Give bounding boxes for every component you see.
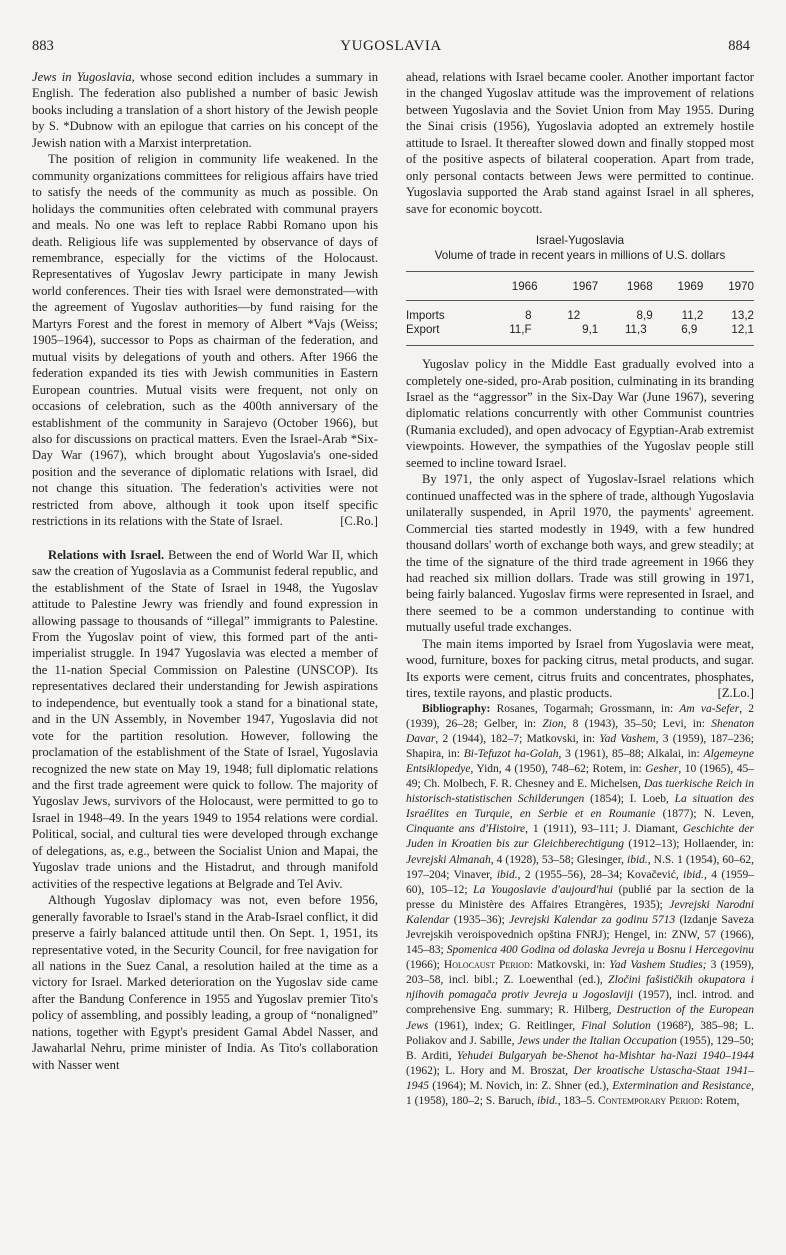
cited-title: ibid. <box>537 1095 558 1107</box>
table-subtitle: Volume of trade in recent years in milli… <box>406 249 754 264</box>
column-header: 1969 <box>653 272 704 301</box>
cited-title: Yad Vashem Studies; <box>609 959 706 971</box>
row-label: Imports <box>406 301 482 324</box>
bibliography: Bibliography: Rosanes, Togarmah; Grossma… <box>406 702 754 1110</box>
citation-text: , 2 (1944), 182–7; Matkovski, in: <box>435 733 599 745</box>
bibliography-heading: Bibliography: <box>422 703 490 715</box>
left-column: Jews in Yugoslavia, whose second edition… <box>32 69 378 1073</box>
table-cell: 11,F <box>482 323 538 346</box>
cited-title: Jews under the Italian Occupation <box>517 1035 676 1047</box>
citation-text: , 3 (1961), 85–88; Alkalai, in: <box>558 748 703 760</box>
citation-text: , 1 (1911), 93–111; J. Diamant, <box>525 823 683 835</box>
table-row: Imports 8 12 8,9 11,2 13,2 <box>406 301 754 324</box>
running-title: YUGOSLAVIA <box>32 38 750 55</box>
citation-text: , 183–5. <box>558 1095 598 1107</box>
citation-text: , 2 (1955–56), 28–34; Kovačević, <box>518 869 684 881</box>
table-cell: 12,1 <box>703 323 754 346</box>
page-number-right: 884 <box>728 38 750 55</box>
trade-table: 1966 1967 1968 1969 1970 Imports 8 12 8,… <box>406 271 754 346</box>
period-heading: Contemporary Period <box>598 1095 700 1107</box>
citation-text: (1961), index; G. Reitlinger, <box>428 1020 581 1032</box>
cited-title: ibid. <box>683 869 704 881</box>
citation-text: (1854); I. Loeb, <box>584 793 674 805</box>
paragraph: Yugoslav policy in the Middle East gradu… <box>406 356 754 471</box>
cited-title: La Yougoslavie d'aujourd'hui <box>473 884 613 896</box>
cited-title: Am va-Sefer <box>679 703 739 715</box>
right-column: ahead, relations with Israel became cool… <box>406 69 754 1109</box>
citation-text: (1966); <box>406 959 444 971</box>
cited-title: Jevrejski Almanah <box>406 854 491 866</box>
section-gap <box>32 530 378 547</box>
citation-text: : Matkovski, in: <box>530 959 610 971</box>
cited-title: ibid. <box>627 854 648 866</box>
table-cell: 11,2 <box>653 301 704 324</box>
cited-title: Gesher <box>645 763 678 775</box>
section-heading: Relations with Israel. <box>48 548 164 562</box>
column-header: 1967 <box>538 272 599 301</box>
author-signature: [Z.Lo.] <box>702 685 754 701</box>
book-title: Jews in Yugoslavia, <box>32 70 135 84</box>
citation-text: , Yidn, 4 (1950), 748–62; Rotem, in: <box>471 763 646 775</box>
table-cell: 11,3 <box>598 323 652 346</box>
paragraph: By 1971, the only aspect of Yugoslav-Isr… <box>406 471 754 636</box>
author-signature: [C.Ro.] <box>324 513 378 529</box>
citation-text: (1935–36); <box>449 914 509 926</box>
table-cell: 13,2 <box>703 301 754 324</box>
cited-title: Final Solution <box>581 1020 650 1032</box>
citation-text: (1964); M. Novich, in: Z. Shner (ed.), <box>429 1080 612 1092</box>
page-header: 883 YUGOSLAVIA 884 <box>32 38 750 58</box>
citation-text: (1877); N. Leven, <box>655 808 754 820</box>
citation-text: , 4 (1928), 53–58; Glesinger, <box>491 854 627 866</box>
cited-title: Jevrejski Kalendar za godinu 5713 <box>509 914 675 926</box>
table-cell: 8 <box>482 301 538 324</box>
period-heading: Holocaust Period <box>444 959 530 971</box>
table-cell: 8,9 <box>598 301 652 324</box>
table-cell: 12 <box>538 301 599 324</box>
paragraph: The position of religion in community li… <box>32 151 378 529</box>
cited-title: Zion <box>542 718 563 730</box>
paragraph: Relations with Israel. Between the end o… <box>32 547 378 893</box>
paragraph: Jews in Yugoslavia, whose second edition… <box>32 69 378 151</box>
citation-text: Rosanes, Togarmah; Grossmann, in: <box>490 703 679 715</box>
paragraph: ahead, relations with Israel became cool… <box>406 69 754 217</box>
cited-title: Cinquante ans d'Histoire <box>406 823 525 835</box>
column-header: 1966 <box>482 272 538 301</box>
citation-text: (1912–13); Hollaender, in: <box>624 838 754 850</box>
cited-title: Bi-Tefuzot ha-Golah <box>464 748 559 760</box>
cited-title: Spomenica 400 Godina od dolaska Jevreja … <box>447 944 754 956</box>
paragraph: The main items imported by Israel from Y… <box>406 636 754 702</box>
table-header-row: 1966 1967 1968 1969 1970 <box>406 272 754 301</box>
table-row: Export 11,F 9,1 11,3 6,9 12,1 <box>406 323 754 346</box>
cited-title: Yad Vashem <box>599 733 655 745</box>
cited-title: Yehudei Bulgaryah be-Shenot ha-Mishtar h… <box>457 1050 754 1062</box>
cited-title: ibid. <box>497 869 518 881</box>
table-caption: Israel-Yugoslavia Volume of trade in rec… <box>406 234 754 263</box>
row-label: Export <box>406 323 482 346</box>
column-header: 1970 <box>703 272 754 301</box>
bibliography-entries: Rosanes, Togarmah; Grossmann, in: Am va-… <box>406 703 754 1107</box>
trade-table-wrapper: 1966 1967 1968 1969 1970 Imports 8 12 8,… <box>406 271 754 346</box>
paragraph: Although Yugoslav diplomacy was not, eve… <box>32 892 378 1073</box>
table-cell: 9,1 <box>538 323 599 346</box>
citation-text: : Rotem, <box>700 1095 740 1107</box>
cited-title: Extermination and Resistance <box>612 1080 751 1092</box>
table-cell: 6,9 <box>653 323 704 346</box>
table-title: Israel-Yugoslavia <box>406 234 754 249</box>
column-header: 1968 <box>598 272 652 301</box>
citation-text: (1962); L. Hory and M. Broszat, <box>406 1065 573 1077</box>
citation-text: , 8 (1943), 35–50; Levi, in: <box>563 718 711 730</box>
